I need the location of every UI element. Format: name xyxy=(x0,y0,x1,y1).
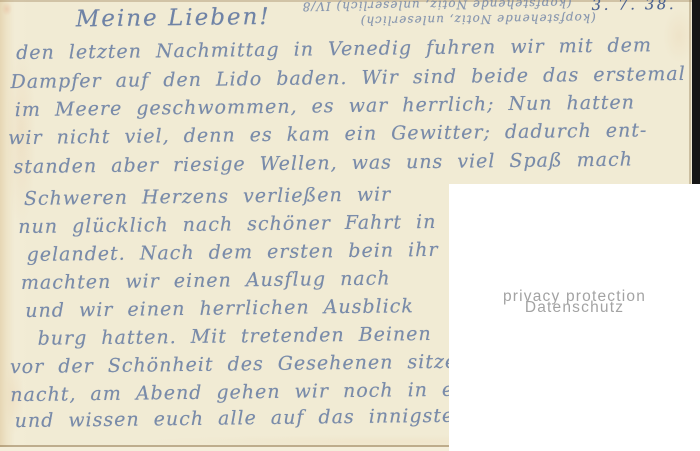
handwriting-line: standen aber riesige Wellen, was uns vie… xyxy=(13,149,633,179)
privacy-overlay-text-de: Datenschutz xyxy=(449,301,700,314)
handwriting-line: Dampfer auf den Lido baden. Wir sind bei… xyxy=(10,63,685,93)
salutation: Meine Lieben! xyxy=(76,4,271,32)
handwriting-line: machten wir einen Ausflug nach xyxy=(21,267,391,294)
handwriting-line: wir nicht viel, denn es kam ein Gewitter… xyxy=(8,119,647,149)
handwriting-line: Schweren Herzens verließen wir xyxy=(24,183,392,209)
handwriting-line: nun glücklich nach schöner Fahrt in G xyxy=(18,211,467,238)
handwriting-line: burg hatten. Mit tretenden Beinen xyxy=(38,323,432,350)
date-annotation: 3. 7. 38. xyxy=(592,0,677,14)
handwriting-line: nacht, am Abend gehen wir noch in e xyxy=(10,379,454,406)
inverted-note-line-2: (kopfstehende Notiz, unleserlich) xyxy=(266,11,596,29)
handwriting-line: den letzten Nachmittag in Venedig fuhren… xyxy=(16,34,652,64)
handwriting-line: und wir einen herrlichen Ausblick xyxy=(25,295,414,322)
handwriting-line: im Meere geschwommen, es war herrlich; N… xyxy=(15,91,635,121)
privacy-overlay: privacy protection Datenschutz xyxy=(449,184,700,451)
privacy-overlay-text: privacy protection Datenschutz xyxy=(449,290,700,314)
handwriting-line: gelandet. Nach dem ersten bein ihr xyxy=(26,239,438,266)
handwriting-line: vor der Schönheit des Gesehenen sitze xyxy=(10,351,457,378)
